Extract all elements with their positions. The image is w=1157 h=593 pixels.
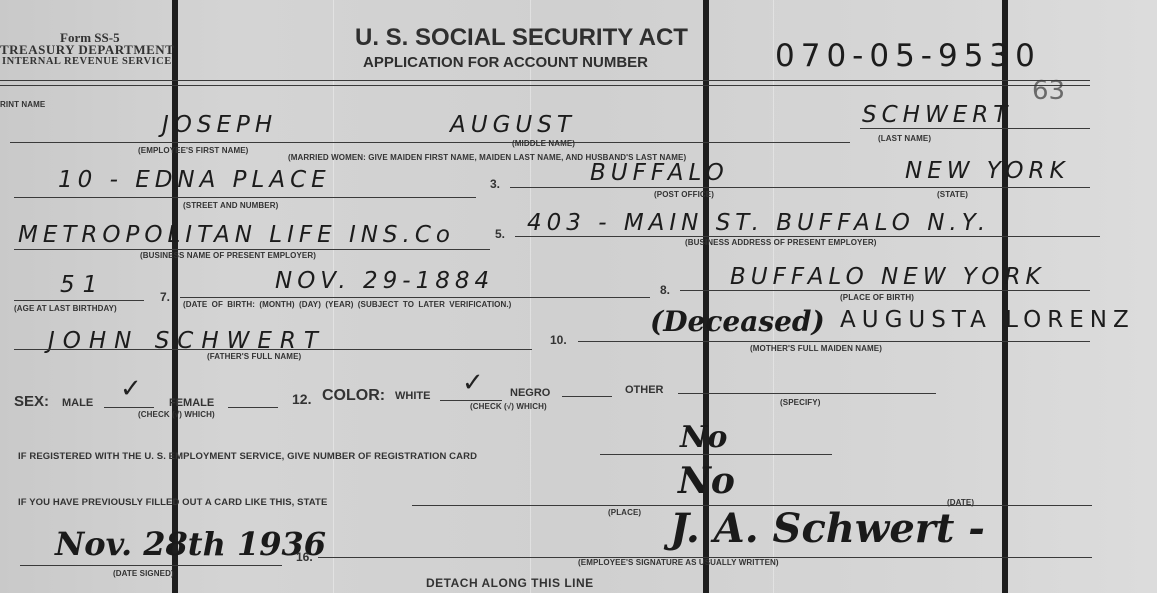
- father-caption: (FATHER'S FULL NAME): [207, 352, 301, 361]
- previous-card-answer: No: [678, 460, 735, 502]
- dob-caption: (DATE OF BIRTH: (MONTH) (DAY) (YEAR) (SU…: [183, 300, 511, 309]
- dob-line: [180, 297, 650, 298]
- state-value: NEW YORK: [905, 158, 1070, 184]
- father-name-value: JOHN SCHWERT: [48, 328, 326, 354]
- employment-service-question: IF REGISTERED WITH THE U. S. EMPLOYMENT …: [18, 451, 477, 462]
- birthplace-line: [680, 290, 1090, 291]
- sex-male-label: MALE: [62, 397, 93, 409]
- color-check-caption: (CHECK (√) WHICH): [470, 402, 547, 411]
- age-caption: (AGE AT LAST BIRTHDAY): [14, 304, 117, 313]
- employer-caption: (BUSINESS NAME OF PRESENT EMPLOYER): [140, 251, 316, 260]
- date-signed-caption: (DATE SIGNED): [113, 569, 174, 578]
- color-other-line[interactable]: [678, 393, 936, 394]
- previous-card-question: IF YOU HAVE PREVIOUSLY FILLED OUT A CARD…: [18, 497, 327, 508]
- employer-value: METROPOLITAN LIFE INS.Co: [18, 222, 455, 248]
- mother-caption: (MOTHER'S FULL MAIDEN NAME): [750, 344, 882, 353]
- post-office-line: [510, 187, 1090, 188]
- street-line: [14, 197, 476, 198]
- sex-check-caption: (CHECK (√) WHICH): [138, 410, 215, 419]
- employer-address-value: 403 - MAIN ST. BUFFALO N.Y.: [527, 210, 990, 236]
- date-signed-value: Nov. 28th 1936: [55, 525, 326, 563]
- employer-address-caption: (BUSINESS ADDRESS OF PRESENT EMPLOYER): [685, 238, 877, 247]
- age-line: [14, 300, 144, 301]
- sex-female-line[interactable]: [228, 407, 278, 408]
- color-negro-label: NEGRO: [510, 387, 550, 399]
- last-name-value: SCHWERT: [862, 102, 1012, 128]
- age-value: 51: [60, 272, 105, 298]
- print-name-label: RINT NAME: [0, 100, 45, 109]
- deceased-note: (Deceased): [650, 305, 825, 338]
- specify-caption: (SPECIFY): [780, 398, 820, 407]
- mother-name-value: AUGUSTA LORENZ: [840, 307, 1135, 333]
- ss5-application-card: Form SS-5 TREASURY DEPARTMENT INTERNAL R…: [0, 0, 1157, 593]
- post-office-value: BUFFALO: [590, 160, 729, 186]
- place-caption: (PLACE): [608, 508, 641, 517]
- field-5-number: 5.: [495, 227, 505, 241]
- first-name-caption: (EMPLOYEE'S FIRST NAME): [138, 146, 248, 155]
- first-name-value: JOSEPH: [162, 112, 277, 138]
- color-white-line[interactable]: [440, 400, 502, 401]
- registration-answer: No: [680, 420, 727, 455]
- employee-signature: J. A. Schwert -: [670, 505, 985, 552]
- sex-male-line[interactable]: [104, 407, 154, 408]
- field-8-number: 8.: [660, 283, 670, 297]
- detach-line-label: DETACH ALONG THIS LINE: [426, 576, 594, 590]
- last-name-caption: (LAST NAME): [878, 134, 931, 143]
- street-value: 10 - EDNA PLACE: [58, 167, 331, 193]
- father-line: [14, 349, 532, 350]
- post-office-caption: (POST OFFICE): [654, 190, 714, 199]
- field-10-number: 10.: [550, 333, 567, 347]
- birthplace-caption: (PLACE OF BIRTH): [840, 293, 914, 302]
- form-subtitle: APPLICATION FOR ACCOUNT NUMBER: [363, 54, 648, 71]
- color-white-checkmark-icon: ✓: [462, 368, 484, 398]
- field-3-number: 3.: [490, 177, 500, 191]
- color-negro-line[interactable]: [562, 396, 612, 397]
- birthplace-value: BUFFALO NEW YORK: [730, 264, 1046, 290]
- street-caption: (STREET AND NUMBER): [183, 201, 278, 210]
- signature-caption: (EMPLOYEE'S SIGNATURE AS USUALLY WRITTEN…: [578, 558, 779, 567]
- mother-line: [578, 341, 1090, 342]
- sex-label: SEX:: [14, 393, 49, 410]
- sex-female-label: FEMALE: [169, 397, 214, 409]
- color-white-label: WHITE: [395, 390, 430, 402]
- last-name-line: [860, 128, 1090, 129]
- middle-name-caption: (MIDDLE NAME): [512, 139, 575, 148]
- dob-value: NOV. 29-1884: [275, 268, 494, 294]
- color-other-label: OTHER: [625, 384, 664, 396]
- employer-line: [14, 249, 490, 250]
- middle-name-value: AUGUST: [450, 112, 576, 138]
- field-12-number: 12.: [292, 391, 311, 407]
- color-label: COLOR:: [322, 387, 385, 405]
- account-number: 070-05-9530: [775, 38, 1041, 74]
- name-line: [10, 142, 850, 143]
- field-7-number: 7.: [160, 290, 170, 304]
- service: INTERNAL REVENUE SERVICE: [2, 56, 172, 67]
- state-caption: (STATE): [937, 190, 968, 199]
- date-signed-line: [20, 565, 282, 566]
- sex-male-checkmark-icon: ✓: [120, 374, 142, 404]
- employer-address-line: [515, 236, 1100, 237]
- form-title: U. S. SOCIAL SECURITY ACT: [355, 24, 688, 52]
- field-16-number: 16.: [296, 550, 313, 564]
- header-divider: [0, 80, 1090, 86]
